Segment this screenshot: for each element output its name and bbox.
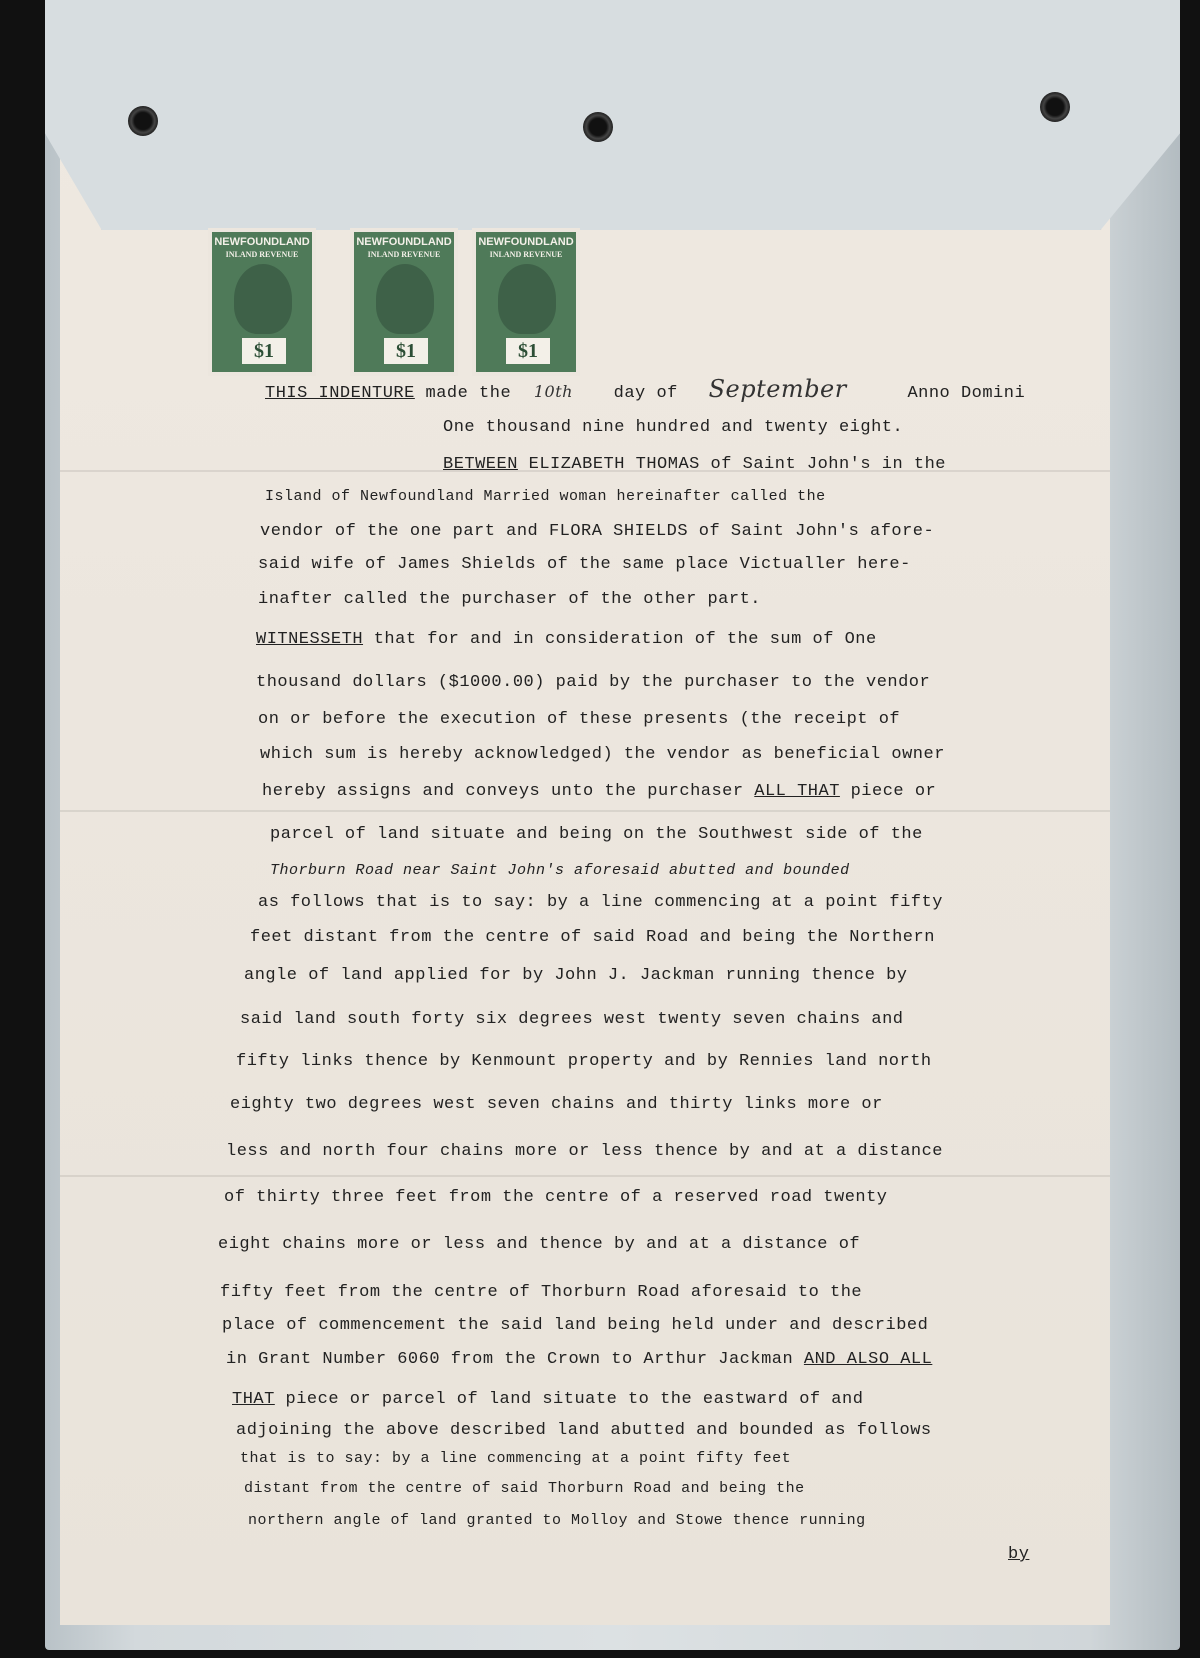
between-label: BETWEEN xyxy=(443,455,518,474)
text-line: distant from the centre of said Thorburn… xyxy=(244,1480,805,1497)
text: in Grant Number 6060 from the Crown to A… xyxy=(226,1350,793,1369)
text-line: thousand dollars ($1000.00) paid by the … xyxy=(256,673,930,692)
text-line: fifty feet from the centre of Thorburn R… xyxy=(220,1283,862,1302)
text-line: vendor of the one part and FLORA SHIELDS… xyxy=(260,522,934,541)
text: day of xyxy=(614,384,678,403)
text-line: Thorburn Road near Saint John's aforesai… xyxy=(270,862,850,879)
text-line: place of commencement the said land bein… xyxy=(222,1316,928,1335)
text-line: eighty two degrees west seven chains and… xyxy=(230,1095,883,1114)
catchword: by xyxy=(1008,1545,1029,1564)
text: made the xyxy=(426,384,512,403)
text-line: Island of Newfoundland Married woman her… xyxy=(265,488,826,505)
witnesseth-label: WITNESSETH xyxy=(256,630,363,649)
text-line: eight chains more or less and thence by … xyxy=(218,1235,860,1254)
text-line: inafter called the purchaser of the othe… xyxy=(258,590,761,609)
between-line: BETWEEN ELIZABETH THOMAS of Saint John's… xyxy=(443,455,946,474)
text-line: on or before the execution of these pres… xyxy=(258,710,900,729)
year-line: One thousand nine hundred and twenty eig… xyxy=(443,418,903,437)
text-line: said land south forty six degrees west t… xyxy=(240,1010,904,1029)
text-line: northern angle of land granted to Molloy… xyxy=(248,1512,866,1529)
text: piece or xyxy=(851,782,937,801)
that-label: THAT xyxy=(232,1390,275,1409)
text-line: which sum is hereby acknowledged) the ve… xyxy=(260,745,945,764)
handwritten-day: 10th xyxy=(534,382,573,401)
text: that for and in consideration of the sum… xyxy=(374,630,877,649)
handwritten-month: September xyxy=(709,375,847,403)
all-that-label: ALL THAT xyxy=(754,782,840,801)
text-line: feet distant from the centre of said Roa… xyxy=(250,928,935,947)
text: hereby assigns and conveys unto the purc… xyxy=(262,782,744,801)
text: piece or parcel of land situate to the e… xyxy=(286,1390,864,1409)
text-line: said wife of James Shields of the same p… xyxy=(258,555,911,574)
text-line: fifty links thence by Kenmount property … xyxy=(236,1052,932,1071)
witnesseth-line: WITNESSETH that for and in consideration… xyxy=(256,630,877,649)
text-line: as follows that is to say: by a line com… xyxy=(258,893,943,912)
text-line: less and north four chains more or less … xyxy=(226,1142,943,1161)
text-line: parcel of land situate and being on the … xyxy=(270,825,923,844)
indenture-label: THIS INDENTURE xyxy=(265,384,415,403)
text-line: that is to say: by a line commencing at … xyxy=(240,1450,791,1467)
that-line: THAT piece or parcel of land situate to … xyxy=(232,1390,863,1409)
and-also-all-label: AND ALSO ALL xyxy=(804,1350,932,1369)
text-line: adjoining the above described land abutt… xyxy=(236,1421,932,1440)
text-line: angle of land applied for by John J. Jac… xyxy=(244,966,908,985)
text: Anno Domini xyxy=(907,384,1025,403)
document-text: THIS INDENTURE made the 10th day of Sept… xyxy=(0,0,1200,1658)
grant-line: in Grant Number 6060 from the Crown to A… xyxy=(226,1350,932,1369)
indenture-line: THIS INDENTURE made the 10th day of Sept… xyxy=(265,375,1025,403)
text: ELIZABETH THOMAS of Saint John's in the xyxy=(529,455,946,474)
text-line: of thirty three feet from the centre of … xyxy=(224,1188,888,1207)
allthat-line: hereby assigns and conveys unto the purc… xyxy=(262,782,936,801)
